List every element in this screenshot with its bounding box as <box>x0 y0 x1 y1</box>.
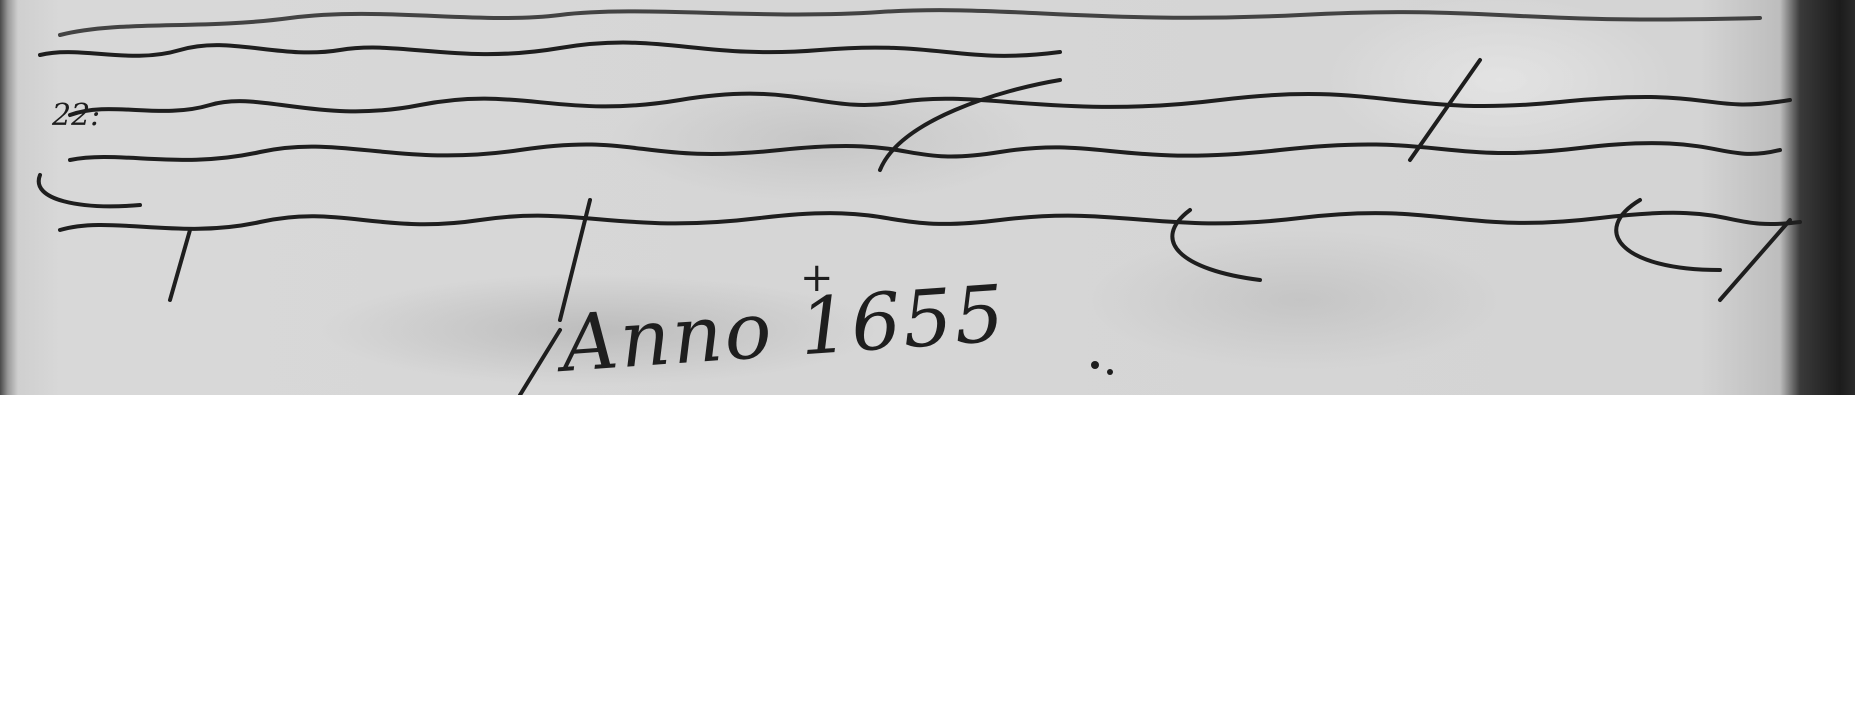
blank-area <box>0 395 1855 707</box>
manuscript-scan: 22: + Anno 1655 <box>0 0 1855 395</box>
margin-entry-number: 22: <box>52 98 100 133</box>
